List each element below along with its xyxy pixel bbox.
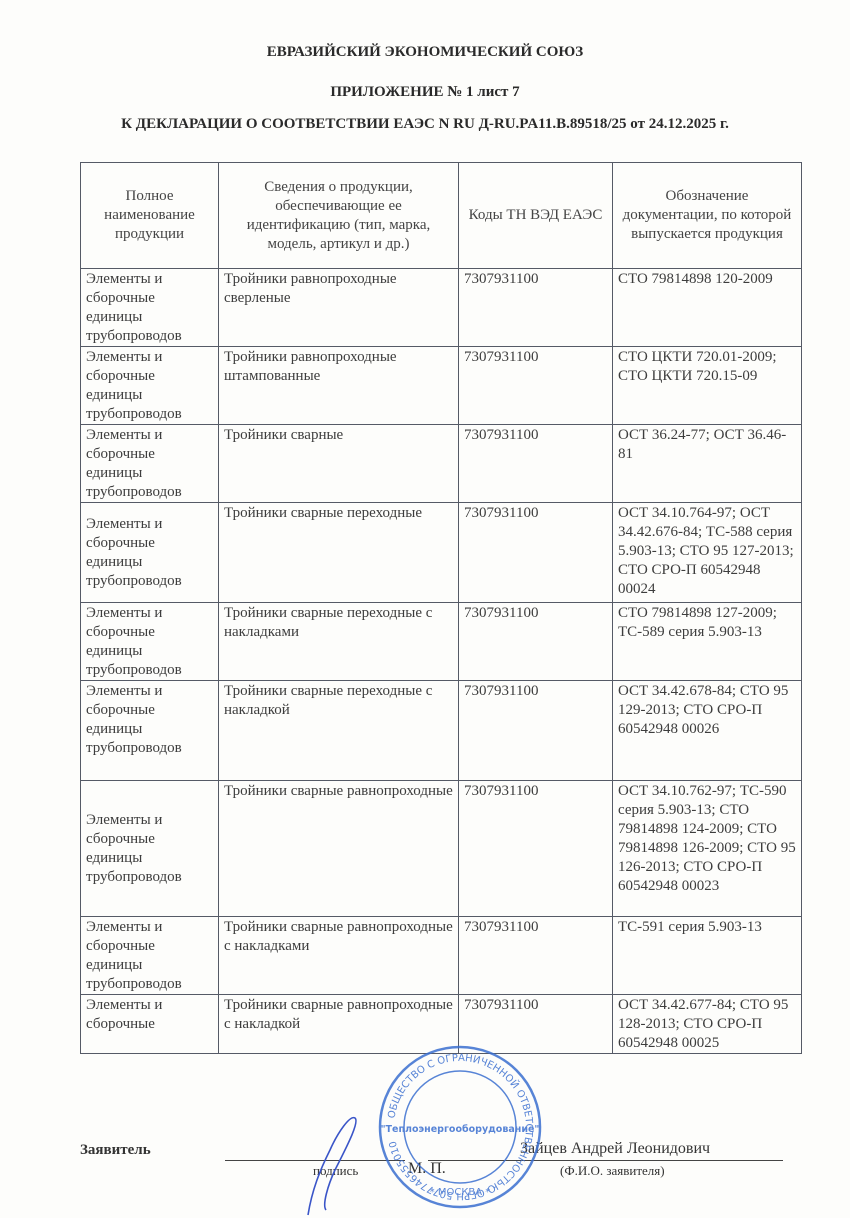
- cell-product-info: Тройники сварные переходные с накладкой: [219, 681, 459, 781]
- cell-documentation: ОСТ 34.42.678-84; СТО 95 129-2013; СТО С…: [613, 681, 802, 781]
- svg-text:"Теплоэнергооборудование": "Теплоэнергооборудование": [381, 1124, 540, 1135]
- cell-product-info: Тройники сварные равнопроходные: [219, 781, 459, 917]
- table-row: Элементы и сборочные единицы трубопровод…: [81, 503, 802, 603]
- cell-product-info: Тройники сварные переходные: [219, 503, 459, 603]
- cell-product-name: Элементы и сборочные единицы трубопровод…: [81, 603, 219, 681]
- cell-hs-code: 7307931100: [459, 269, 613, 347]
- table-row: Элементы и сборочные единицы трубопровод…: [81, 425, 802, 503]
- cell-hs-code: 7307931100: [459, 503, 613, 603]
- products-table: Полное наименование продукции Сведения о…: [80, 162, 802, 1054]
- cell-product-info: Тройники равнопроходные сверленые: [219, 269, 459, 347]
- signature-icon: [300, 1110, 370, 1218]
- company-stamp-icon: ОБЩЕСТВО С ОГРАНИЧЕННОЙ ОТВЕТСТВЕННОСТЬЮ…: [375, 1045, 545, 1210]
- cell-product-info: Тройники сварные равнопроходные с наклад…: [219, 917, 459, 995]
- table-row: Элементы и сборочные единицы трубопровод…: [81, 917, 802, 995]
- table-header-row: Полное наименование продукции Сведения о…: [81, 163, 802, 269]
- cell-hs-code: 7307931100: [459, 347, 613, 425]
- applicant-name: Зайцев Андрей Леонидович: [520, 1140, 710, 1158]
- cell-hs-code: 7307931100: [459, 603, 613, 681]
- cell-documentation: ОСТ 34.10.762-97; ТС-590 серия 5.903-13;…: [613, 781, 802, 917]
- cell-product-info: Тройники сварные переходные с накладками: [219, 603, 459, 681]
- cell-product-name: Элементы и сборочные единицы трубопровод…: [81, 425, 219, 503]
- cell-hs-code: 7307931100: [459, 425, 613, 503]
- cell-hs-code: 7307931100: [459, 781, 613, 917]
- appendix-title: ПРИЛОЖЕНИЕ № 1 лист 7: [0, 84, 850, 101]
- column-header-info: Сведения о продукции, обеспечивающие ее …: [219, 163, 459, 269]
- cell-documentation: СТО ЦКТИ 720.01-2009; СТО ЦКТИ 720.15-09: [613, 347, 802, 425]
- table-row: Элементы и сборочные единицы трубопровод…: [81, 269, 802, 347]
- name-caption: (Ф.И.О. заявителя): [560, 1163, 665, 1179]
- cell-product-info: Тройники равнопроходные штампованные: [219, 347, 459, 425]
- cell-documentation: ТС-591 серия 5.903-13: [613, 917, 802, 995]
- column-header-code: Коды ТН ВЭД ЕАЭС: [459, 163, 613, 269]
- cell-product-name: Элементы и сборочные единицы трубопровод…: [81, 347, 219, 425]
- cell-product-name: Элементы и сборочные единицы трубопровод…: [81, 781, 219, 917]
- table-row: Элементы и сборочные единицы трубопровод…: [81, 347, 802, 425]
- cell-product-name: Элементы и сборочные единицы трубопровод…: [81, 269, 219, 347]
- cell-documentation: ОСТ 34.10.764-97; ОСТ 34.42.676-84; ТС-5…: [613, 503, 802, 603]
- cell-product-name: Элементы и сборочные: [81, 995, 219, 1054]
- cell-documentation: ОСТ 36.24-77; ОСТ 36.46-81: [613, 425, 802, 503]
- cell-documentation: СТО 79814898 120-2009: [613, 269, 802, 347]
- cell-documentation: СТО 79814898 127-2009; ТС-589 серия 5.90…: [613, 603, 802, 681]
- table-row: Элементы и сборочные единицы трубопровод…: [81, 781, 802, 917]
- svg-text:* МОСКВА *: * МОСКВА *: [430, 1187, 491, 1198]
- cell-product-info: Тройники сварные: [219, 425, 459, 503]
- applicant-label: Заявитель: [80, 1142, 151, 1159]
- cell-hs-code: 7307931100: [459, 681, 613, 781]
- cell-product-name: Элементы и сборочные единицы трубопровод…: [81, 681, 219, 781]
- cell-product-name: Элементы и сборочные единицы трубопровод…: [81, 917, 219, 995]
- union-title: ЕВРАЗИЙСКИЙ ЭКОНОМИЧЕСКИЙ СОЮЗ: [0, 44, 850, 61]
- column-header-doc: Обозначение документации, по которой вып…: [613, 163, 802, 269]
- table-row: Элементы и сборочные единицы трубопровод…: [81, 603, 802, 681]
- table-row: Элементы и сборочные единицы трубопровод…: [81, 681, 802, 781]
- cell-documentation: ОСТ 34.42.677-84; СТО 95 128-2013; СТО С…: [613, 995, 802, 1054]
- cell-product-name: Элементы и сборочные единицы трубопровод…: [81, 503, 219, 603]
- cell-hs-code: 7307931100: [459, 917, 613, 995]
- column-header-name: Полное наименование продукции: [81, 163, 219, 269]
- declaration-title: К ДЕКЛАРАЦИИ О СООТВЕТСТВИИ ЕАЭС N RU Д-…: [0, 116, 850, 133]
